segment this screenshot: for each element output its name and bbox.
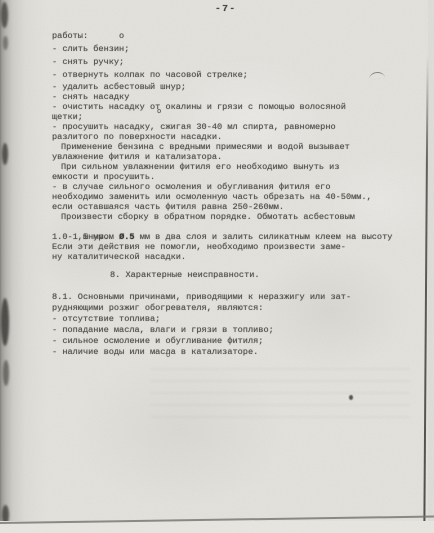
text-line: - сильное осмоление и обугливание фитиля… [52, 336, 412, 347]
text-line: разлитого по поверхности насадки. [52, 132, 412, 142]
text-line: Если эти действия не помогли, необходимо… [52, 242, 412, 252]
diameter-mark: Ø.5 [119, 232, 134, 242]
page-number: -7- [215, 3, 237, 14]
text-segment: мм в два слоя и залить силикатным клеем … [135, 232, 393, 242]
scanner-background [428, 0, 434, 533]
text-line: емкости и просушить. [52, 172, 412, 182]
text-line: рудняющими розжиг обогревателя, являются… [52, 303, 412, 314]
typed-text-block: работы: о - слить бензин; - снять ручку;… [52, 30, 412, 358]
text-line: - в случае сильного осмоления и обуглива… [52, 182, 412, 192]
binding-stain [2, 143, 8, 165]
text-line: - снять ручку; [52, 56, 412, 69]
text-line: ну каталитической насадки. [52, 252, 412, 262]
section-heading: 8. Характерные неисправности. [52, 270, 412, 280]
binding-stain [3, 36, 8, 50]
text-line: - удалить асбестовый шнур; [52, 82, 412, 92]
text-line: - просушить насадку, сжигая 30-40 мл спи… [52, 122, 412, 132]
text-line: - снять насадку [52, 92, 412, 102]
text-line: При сильном увлажнении фитиля его необхо… [52, 162, 412, 172]
text-line: - попадание масла, влаги и грязи в топли… [52, 325, 412, 336]
scanned-document-page: -7- работы: о - слить бензин; - снять ру… [0, 0, 434, 533]
text-line: - наличие воды или масла в катализаторе. [52, 347, 412, 358]
text-line: - слить бензин; [52, 43, 412, 56]
text-line: Произвести сборку в обратном порядке. Об… [52, 212, 412, 222]
text-line: шнуром Ø.5 мм в два слоя и залить силика… [52, 222, 412, 232]
text-line: Применение бензина с вредными примесями … [52, 142, 412, 152]
text-line: 8.1. Основными причинами, приводящими к … [52, 292, 412, 303]
text-line: - отсутствие топлива; [52, 314, 412, 325]
text-line: если оставшаяся часть фитиля равна 250-2… [52, 202, 412, 212]
binding-stain [1, 2, 8, 28]
text-line: увлажнение фитиля и катализатора. [52, 152, 412, 162]
binding-stain [3, 360, 9, 386]
text-line: щетки; [52, 112, 412, 122]
text-line: - очистить насадку от окалины и грязи с … [52, 102, 412, 112]
text-line: - отвернуть колпак по часовой стрелке; [52, 69, 412, 82]
stray-typed-mark: о [166, 352, 170, 360]
text-line: работы: о [52, 30, 412, 43]
stray-typed-mark: о [157, 108, 161, 116]
text-line: необходимо заменить или осмоленную часть… [52, 192, 412, 202]
bleed-through-text [150, 368, 410, 426]
binding-stain [1, 298, 9, 346]
binding-edge-shadow [0, 0, 46, 533]
